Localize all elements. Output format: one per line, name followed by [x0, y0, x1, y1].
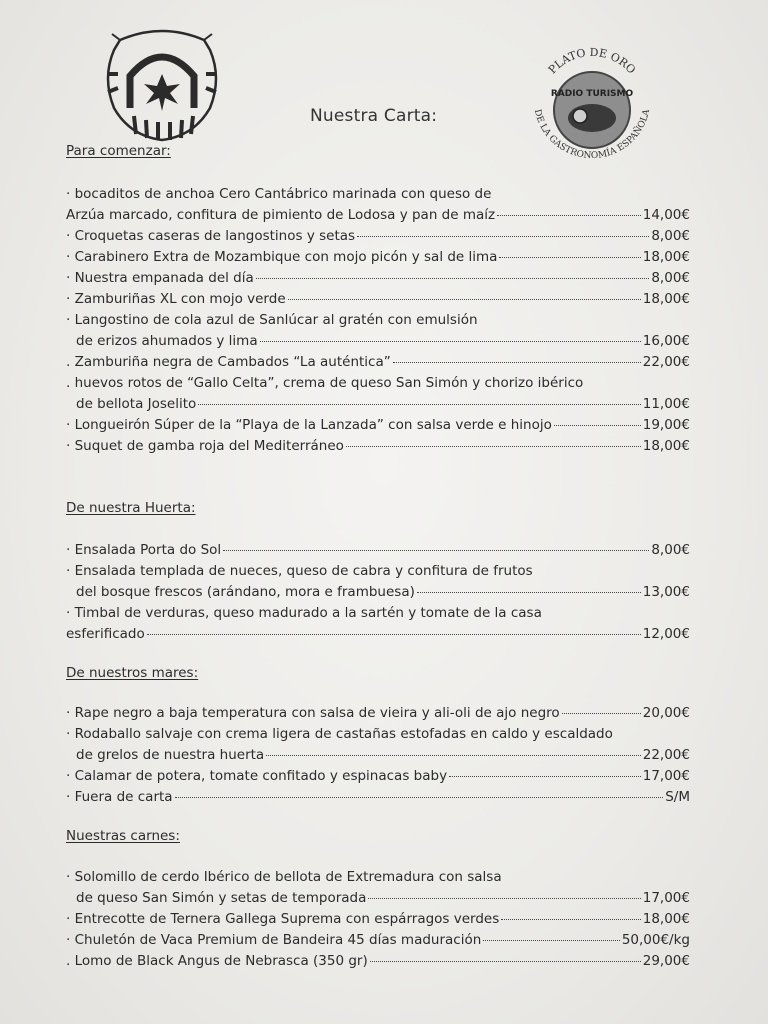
menu-item-text: · Calamar de potera, tomate confitado y … — [66, 766, 447, 786]
menu-item-price: 22,00€ — [643, 745, 690, 765]
dot-leader — [346, 446, 641, 447]
menu-item: · Carabinero Extra de Mozambique con moj… — [66, 247, 690, 267]
menu-item: de erizos ahumados y lima16,00€ — [66, 331, 690, 351]
menu-item: · Nuestra empanada del día8,00€ — [66, 268, 690, 288]
menu-item-text: de bellota Joselito — [66, 394, 196, 414]
menu-item-text: · Langostino de cola azul de Sanlúcar al… — [66, 310, 478, 330]
dot-leader — [370, 961, 641, 962]
menu-item: esferificado12,00€ — [66, 624, 690, 644]
dot-leader — [554, 425, 641, 426]
menu-item-text: . huevos rotos de “Gallo Celta”, crema d… — [66, 373, 583, 393]
menu-item-price: 18,00€ — [643, 436, 690, 456]
menu-item-text: · bocaditos de anchoa Cero Cantábrico ma… — [66, 184, 491, 204]
menu-item-text: · Nuestra empanada del día — [66, 268, 254, 288]
svg-text:RADIO TURISMO: RADIO TURISMO — [551, 89, 634, 99]
menu-item: · Zamburiñas XL con mojo verde18,00€ — [66, 289, 690, 309]
dot-leader — [256, 278, 650, 279]
menu-item: · Fuera de cartaS/M — [66, 787, 690, 807]
award-badge: RADIO TURISMO PLATO DE ORO DE LA GASTRON… — [520, 44, 664, 176]
menu-item: · Calamar de potera, tomate confitado y … — [66, 766, 690, 786]
menu-item-text: . Lomo de Black Angus de Nebrasca (350 g… — [66, 951, 368, 971]
menu-item-price: 13,00€ — [643, 582, 690, 602]
menu-item-text: · Fuera de carta — [66, 787, 173, 807]
menu-item: . Lomo de Black Angus de Nebrasca (350 g… — [66, 951, 690, 971]
dot-leader — [198, 404, 640, 405]
dot-leader — [497, 215, 641, 216]
dot-leader — [562, 713, 641, 714]
menu-item-text: · Carabinero Extra de Mozambique con moj… — [66, 247, 497, 267]
menu-item-text: . Zamburiña negra de Cambados “La autént… — [66, 352, 391, 372]
menu-item-price: 20,00€ — [643, 703, 690, 723]
menu-item-text: · Longueirón Súper de la “Playa de la La… — [66, 415, 552, 435]
menu-item: . huevos rotos de “Gallo Celta”, crema d… — [66, 373, 690, 393]
menu-item: · Chuletón de Vaca Premium de Bandeira 4… — [66, 930, 690, 950]
menu-item-price: 18,00€ — [643, 247, 690, 267]
menu-item-text: · Timbal de verduras, queso madurado a l… — [66, 603, 542, 623]
menu-item-price: 19,00€ — [643, 415, 690, 435]
dot-leader — [393, 362, 641, 363]
menu-item-price: 29,00€ — [643, 951, 690, 971]
menu-item-text: de grelos de nuestra huerta — [66, 745, 264, 765]
menu-item-text: · Solomillo de cerdo Ibérico de bellota … — [66, 867, 502, 887]
dot-leader — [483, 940, 620, 941]
dot-leader — [357, 236, 649, 237]
menu-item: · Timbal de verduras, queso madurado a l… — [66, 603, 690, 623]
scallop-shell-star-icon — [98, 28, 226, 143]
dot-leader — [266, 755, 641, 756]
menu-item-price: 50,00€/kg — [622, 930, 690, 950]
menu-item-price: 14,00€ — [643, 205, 690, 225]
dot-leader — [499, 257, 640, 258]
dot-leader — [147, 634, 641, 635]
dot-leader — [288, 299, 641, 300]
menu-item-text: · Rape negro a baja temperatura con sals… — [66, 703, 560, 723]
menu-item-price: 18,00€ — [643, 289, 690, 309]
menu-item-price: 8,00€ — [651, 268, 690, 288]
menu-item: . Zamburiña negra de Cambados “La autént… — [66, 352, 690, 372]
menu-item-text: · Entrecotte de Ternera Gallega Suprema … — [66, 909, 499, 929]
section-title: Nuestras carnes: — [66, 828, 180, 844]
menu-item: · Entrecotte de Ternera Gallega Suprema … — [66, 909, 690, 929]
menu-item-price: 18,00€ — [643, 909, 690, 929]
section-title: De nuestra Huerta: — [66, 500, 196, 516]
menu-item: · bocaditos de anchoa Cero Cantábrico ma… — [66, 184, 690, 204]
menu-item-price: 16,00€ — [643, 331, 690, 351]
menu-item-price: 8,00€ — [651, 226, 690, 246]
menu-item: de queso San Simón y setas de temporada1… — [66, 888, 690, 908]
menu-item-price: 22,00€ — [643, 352, 690, 372]
menu-item-text: · Ensalada Porta do Sol — [66, 540, 221, 560]
dot-leader — [501, 919, 640, 920]
menu-item: · Ensalada templada de nueces, queso de … — [66, 561, 690, 581]
menu-item-text: del bosque frescos (arándano, mora e fra… — [66, 582, 415, 602]
dot-leader — [260, 341, 641, 342]
menu-item-price: 8,00€ — [651, 540, 690, 560]
menu-item: del bosque frescos (arándano, mora e fra… — [66, 582, 690, 602]
menu-item: Arzúa marcado, confitura de pimiento de … — [66, 205, 690, 225]
dot-leader — [368, 898, 640, 899]
menu-item-price: 12,00€ — [643, 624, 690, 644]
menu-item-price: 11,00€ — [643, 394, 690, 414]
menu-item-text: · Chuletón de Vaca Premium de Bandeira 4… — [66, 930, 481, 950]
menu-item: · Langostino de cola azul de Sanlúcar al… — [66, 310, 690, 330]
menu-item-text: · Ensalada templada de nueces, queso de … — [66, 561, 533, 581]
menu-item: · Rape negro a baja temperatura con sals… — [66, 703, 690, 723]
dot-leader — [223, 550, 649, 551]
fish-medal-icon: RADIO TURISMO PLATO DE ORO DE LA GASTRON… — [520, 44, 664, 176]
menu-item-price: 17,00€ — [643, 888, 690, 908]
menu-item-text: de queso San Simón y setas de temporada — [66, 888, 366, 908]
menu-item-text: Arzúa marcado, confitura de pimiento de … — [66, 205, 495, 225]
menu-item-price: S/M — [665, 787, 690, 807]
menu-item-text: de erizos ahumados y lima — [66, 331, 258, 351]
menu-item: de grelos de nuestra huerta22,00€ — [66, 745, 690, 765]
menu-item: · Suquet de gamba roja del Mediterráneo1… — [66, 436, 690, 456]
menu-item: de bellota Joselito11,00€ — [66, 394, 690, 414]
menu-item-price: 17,00€ — [643, 766, 690, 786]
menu-item-text: esferificado — [66, 624, 145, 644]
dot-leader — [449, 776, 641, 777]
menu-item-text: · Croquetas caseras de langostinos y set… — [66, 226, 355, 246]
menu-item-text: · Suquet de gamba roja del Mediterráneo — [66, 436, 344, 456]
section-title: De nuestros mares: — [66, 665, 198, 681]
dot-leader — [175, 797, 664, 798]
section-title: Para comenzar: — [66, 143, 171, 159]
menu-item: · Ensalada Porta do Sol8,00€ — [66, 540, 690, 560]
restaurant-logo — [98, 28, 226, 143]
menu-item-text: · Rodaballo salvaje con crema ligera de … — [66, 724, 613, 744]
menu-item: · Croquetas caseras de langostinos y set… — [66, 226, 690, 246]
menu-item: · Longueirón Súper de la “Playa de la La… — [66, 415, 690, 435]
page-title: Nuestra Carta: — [310, 106, 437, 126]
menu-item: · Solomillo de cerdo Ibérico de bellota … — [66, 867, 690, 887]
menu-item-text: · Zamburiñas XL con mojo verde — [66, 289, 286, 309]
menu-item: · Rodaballo salvaje con crema ligera de … — [66, 724, 690, 744]
dot-leader — [417, 592, 641, 593]
